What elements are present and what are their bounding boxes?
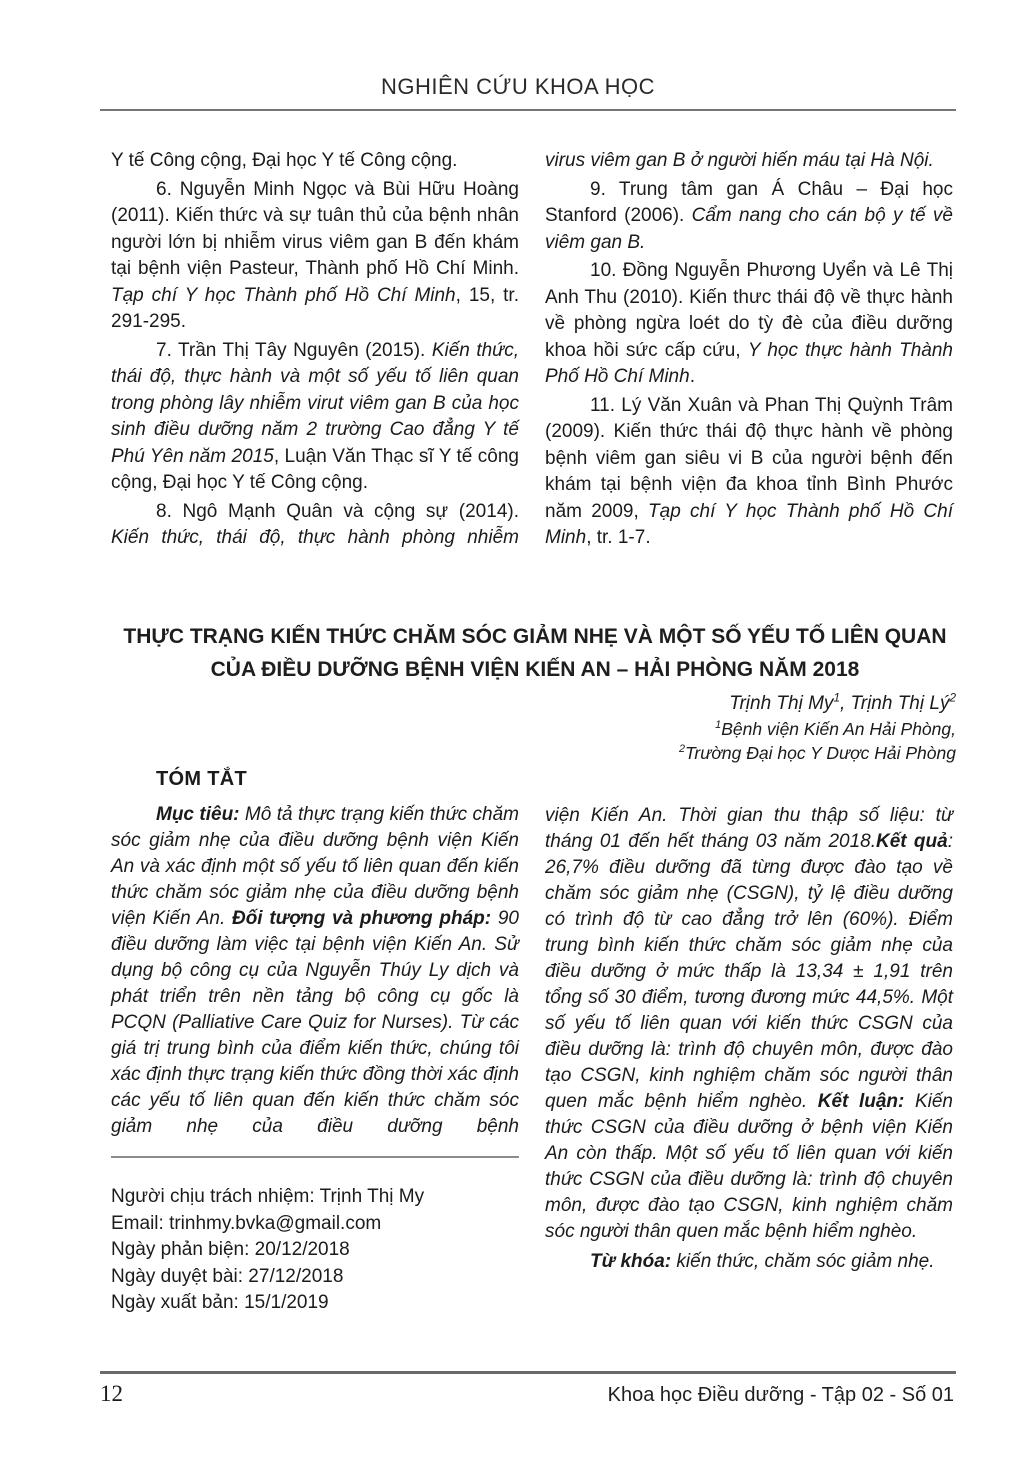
contact-block: Người chịu trách nhiệm: Trịnh Thị My Ema… (111, 1184, 519, 1317)
reference-text-run: 7. Trần Thị Tây Nguyên (2015). (156, 340, 432, 361)
abstract-label-run: Kết quả (876, 831, 948, 852)
contact-publish-date-line: Ngày xuất bản: 15/1/2019 (111, 1290, 519, 1317)
abstract-text-run: : 26,7% điều dưỡng đã từng được đào tạo … (545, 831, 953, 1112)
references-section: Y tế Công cộng, Đại học Y tế Công cộng. … (111, 148, 953, 552)
abstract-paragraph: Mục tiêu: Mô tả thực trạng kiến thức chă… (111, 802, 519, 1140)
abstract-section: TÓM TẮT Mục tiêu: Mô tả thực trạng kiến … (111, 766, 953, 1317)
reference-item: 10. Đồng Nguyễn Phương Uyển và Lê Thị An… (545, 258, 953, 391)
reference-text-run: 8. Ngô Mạnh Quân và cộng sự (2014). (156, 501, 519, 522)
abstract-text-run: Kiến thức CSGN của điều dưỡng ở bệnh việ… (545, 1091, 953, 1242)
reference-item: 6. Nguyễn Minh Ngọc và Bùi Hữu Hoàng (20… (111, 177, 519, 336)
reference-text-run: Y tế Công cộng, Đại học Y tế Công cộng. (111, 150, 457, 171)
reference-journal-run: Tạp chí Y học Thành phố Hồ Chí Minh (111, 285, 456, 306)
journal-section-header: NGHIÊN CỨU KHOA HỌC (0, 74, 1036, 100)
reference-text-run: , tr. 1-7. (586, 527, 650, 548)
reference-item: 9. Trung tâm gan Á Châu – Đại học Stanfo… (545, 177, 953, 257)
reference-text-run: 6. Nguyễn Minh Ngọc và Bùi Hữu Hoàng (20… (111, 179, 519, 280)
keywords-label-run: Từ khóa: (590, 1251, 676, 1272)
author-affiliation-marker: 2 (949, 692, 956, 705)
reference-item: virus viêm gan B ở người hiến máu tại Hà… (545, 148, 953, 175)
abstract-text-run: 90 điều dưỡng làm việc tại bệnh viện Kiế… (111, 908, 519, 1137)
article-title: THỰC TRẠNG KIẾN THỨC CHĂM SÓC GIẢM NHẸ V… (120, 620, 950, 686)
byline: Trịnh Thị My1, Trịnh Thị Lý2 1Bệnh viện … (400, 691, 956, 765)
contact-divider (111, 1156, 519, 1158)
journal-footer-label: Khoa học Điều dưỡng - Tập 02 - Số 01 (608, 1384, 954, 1407)
footer-divider (100, 1371, 956, 1374)
authors-line: Trịnh Thị My1, Trịnh Thị Lý2 (400, 691, 956, 717)
abstract-heading: TÓM TẮT (111, 766, 519, 792)
reference-title-run: virus viêm gan B ở người hiến máu tại Hà… (545, 150, 934, 171)
contact-responsible-line: Người chịu trách nhiệm: Trịnh Thị My (111, 1184, 519, 1211)
keywords-text-run: kiến thức, chăm sóc giảm nhẹ. (676, 1251, 934, 1272)
contact-accept-date-line: Ngày duyệt bài: 27/12/2018 (111, 1264, 519, 1291)
contact-review-date-line: Ngày phản biện: 20/12/2018 (111, 1237, 519, 1264)
abstract-label-run: Đối tượng và phương pháp: (232, 908, 498, 929)
abstract-right-column: viện Kiến An. Thời gian thu thập số liệu… (545, 766, 953, 1317)
affiliation-line: 1Bệnh viện Kiến An Hải Phòng, (400, 717, 956, 741)
reference-item: Y tế Công cộng, Đại học Y tế Công cộng. (111, 148, 519, 175)
contact-email-line: Email: trinhmy.bvka@gmail.com (111, 1211, 519, 1238)
reference-item: 11. Lý Văn Xuân và Phan Thị Quỳnh Trâm (… (545, 393, 953, 552)
author-name: , Trịnh Thị Lý (840, 693, 949, 714)
abstract-paragraph: viện Kiến An. Thời gian thu thập số liệu… (545, 803, 953, 1245)
author-name: Trịnh Thị My (729, 693, 833, 714)
reference-item: 7. Trần Thị Tây Nguyên (2015). Kiến thức… (111, 338, 519, 497)
reference-text-run: . (690, 366, 695, 387)
affiliation-text: Trường Đại học Y Dược Hải Phòng (685, 743, 956, 763)
references-right-column: virus viêm gan B ở người hiến máu tại Hà… (545, 148, 953, 552)
reference-title-run: Kiến thức, thái độ, thực hành phòng nhiễ… (111, 527, 519, 548)
journal-page: NGHIÊN CỨU KHOA HỌC Y tế Công cộng, Đại … (0, 0, 1036, 1477)
page-number: 12 (100, 1381, 123, 1407)
header-divider (100, 109, 956, 111)
affiliation-text: Bệnh viện Kiến An Hải Phòng, (721, 719, 956, 739)
references-left-column: Y tế Công cộng, Đại học Y tế Công cộng. … (111, 148, 519, 552)
abstract-left-column: TÓM TẮT Mục tiêu: Mô tả thực trạng kiến … (111, 766, 519, 1317)
affiliation-line: 2Trường Đại học Y Dược Hải Phòng (400, 741, 956, 765)
abstract-label-run: Mục tiêu: (156, 804, 245, 825)
keywords-line: Từ khóa: kiến thức, chăm sóc giảm nhẹ. (545, 1249, 953, 1275)
abstract-label-run: Kết luận: (818, 1091, 915, 1112)
reference-item: 8. Ngô Mạnh Quân và cộng sự (2014). Kiến… (111, 499, 519, 552)
